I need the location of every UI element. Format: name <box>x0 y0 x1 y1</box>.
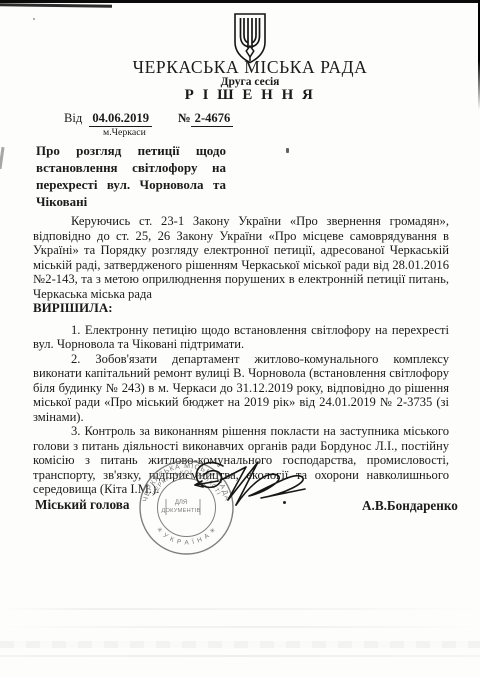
resolution-item-2: 2. Зобов'язати департамент житлово-комун… <box>33 352 449 425</box>
signer-role: Міський голова <box>35 497 130 513</box>
scan-noise-band <box>0 655 480 657</box>
number-value: 2-4676 <box>191 111 234 127</box>
resolution-item-1: 1. Електронну петицію щодо встановлення … <box>33 323 449 352</box>
document-page: ЧЕРКАСЬКА МІСЬКА РАДА Друга сесія Р І Ш … <box>0 0 480 677</box>
scan-artifact-left-tick <box>0 147 5 169</box>
date-number-line: Від04.06.2019№2-4676 <box>64 111 233 126</box>
document-type-heading: Р І Ш Е Н Н Я <box>20 87 480 104</box>
svg-text:✳ У К Р А Ї Н А ✳: ✳ У К Р А Ї Н А ✳ <box>155 525 218 546</box>
preamble-paragraph: Керуючись ст. 23-1 Закону України «Про з… <box>33 214 449 301</box>
scan-artifact-dot <box>33 18 35 20</box>
ink-dot <box>283 501 286 504</box>
document-title: Про розгляд петиції щодо встановлення св… <box>36 142 226 210</box>
session-label: Друга сесія <box>20 76 480 88</box>
date-label: Від <box>64 111 82 125</box>
scan-noise-band <box>0 641 480 648</box>
stamp-ring-bottom-text: ✳ У К Р А Ї Н А ✳ <box>155 525 218 546</box>
scan-noise-band <box>0 626 480 628</box>
signature-scrawl <box>178 452 318 514</box>
scan-speck <box>286 148 289 153</box>
scan-artifact-top-border <box>0 0 480 3</box>
scan-noise-band <box>0 608 480 610</box>
date-value: 04.06.2019 <box>89 111 152 127</box>
scan-artifact-topleft-line <box>0 3 112 7</box>
signer-name: А.В.Бондаренко <box>362 498 458 514</box>
resolved-heading: ВИРІШИЛА: <box>33 301 449 316</box>
number-label: № <box>178 111 191 125</box>
city-label: м.Черкаси <box>103 127 146 138</box>
